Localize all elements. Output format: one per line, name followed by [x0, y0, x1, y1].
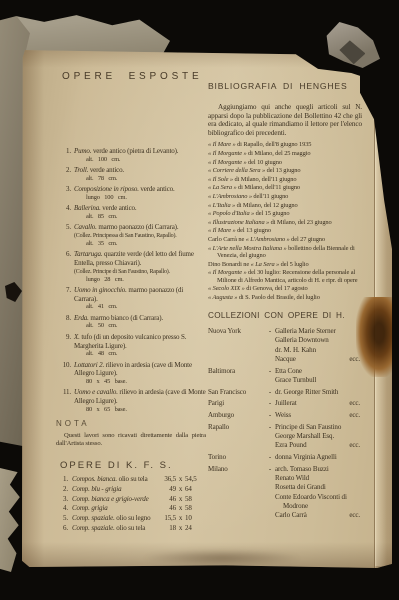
- work-item: 7.Uomo in ginocchio. marmo paonazzo (di …: [56, 286, 206, 311]
- work-first-line: Tartaruga. quarzite verde (del letto del…: [74, 250, 206, 267]
- kfs-size-separator: x: [176, 524, 185, 534]
- work-title: Erda.: [74, 314, 89, 322]
- work-first-line: Erda. marmo bianco (di Carrara).: [74, 314, 206, 323]
- work-first-line: Lottatori 2. rilievo in ardesia (cave di…: [74, 361, 206, 378]
- kfs-item: 3.Comp. bianca e grigio-verde46x58: [56, 495, 206, 505]
- kfs-item: 6.Comp. spaziale. olio su tela18x24: [56, 524, 206, 534]
- work-description: verde antico (pietra di Levanto).: [91, 147, 178, 155]
- collection-etc: ecc.: [357, 441, 360, 450]
- collection-names: Galleria Marie SternerGalleria Downtownd…: [275, 327, 362, 364]
- collection-etc: ecc.: [357, 355, 360, 364]
- kfs-description: 6.Comp. spaziale. olio su tela: [56, 524, 156, 534]
- collection-name: arch. Tomaso Buzzi: [275, 465, 362, 474]
- collection-name: Grace Turnbull: [275, 376, 362, 385]
- kfs-description: 3.Comp. bianca e grigio-verde: [56, 495, 156, 505]
- kfs-item: 1.Compos. bianca. olio su tela36,5x54,5: [56, 475, 206, 485]
- work-number: 4.: [56, 204, 74, 221]
- work-first-line: X. tufo (di un deposito vulcanico presso…: [74, 333, 206, 350]
- collection-names: dr. George Ritter Smith: [275, 388, 362, 397]
- bibliography-entry: « Il Mare » del 13 giugno: [208, 227, 362, 234]
- work-first-line: Cavallo. marmo paonazzo (di Carrara).: [74, 223, 206, 232]
- collection-city: Nuova York: [208, 327, 265, 364]
- work-item: 1.Pumo. verde antico (pietra di Levanto)…: [56, 147, 206, 164]
- collection-dash: -: [265, 411, 275, 420]
- collection-names: donna Virginia Agnelli: [275, 453, 362, 462]
- collection-names: arch. Tomaso BuzziRenato WildRosetta dei…: [275, 465, 362, 520]
- work-number: 1.: [56, 147, 74, 164]
- work-number: 11.: [56, 388, 74, 413]
- work-title: Uomo in ginocchio.: [74, 286, 127, 294]
- kfs-title: Comp. spaziale.: [72, 514, 115, 522]
- kfs-number: 5.: [56, 514, 72, 524]
- collection-names: Etta ConeGrace Turnbull: [275, 367, 362, 385]
- collection-names: Juilleratecc.: [275, 399, 362, 408]
- collection-dash: -: [265, 388, 275, 397]
- work-first-line: Pumo. verde antico (pietra di Levanto).: [74, 147, 206, 156]
- work-detail: lungo 100 cm.: [86, 194, 206, 202]
- collection-row: Milano-arch. Tomaso BuzziRenato WildRose…: [208, 465, 362, 520]
- bibliography-entry: « Il Sole » di Milano, dell'11 giugno: [208, 176, 362, 183]
- work-first-line: Uomo e cavallo. rilievo in ardesia (cave…: [74, 388, 206, 405]
- kfs-number: 6.: [56, 524, 72, 534]
- work-detail: alt. 85 cm.: [86, 213, 206, 221]
- kfs-medium: olio su tela: [115, 524, 146, 532]
- kfs-title: Comp. spaziale.: [72, 524, 115, 532]
- kfs-size-separator: x: [176, 485, 185, 495]
- kfs-size-width: 46: [156, 504, 176, 514]
- collection-etc: ecc.: [357, 411, 360, 420]
- work-description: marmo bianco (di Carrara).: [89, 314, 163, 322]
- work-number: 2.: [56, 166, 74, 183]
- work-item: 9.X. tufo (di un deposito vulcanico pres…: [56, 333, 206, 358]
- work-body: Composizione in riposo. verde antico.lun…: [74, 185, 206, 202]
- collection-name: Weissecc.: [275, 411, 362, 420]
- kfs-title: Comp. blu - grigia: [72, 485, 121, 493]
- collection-city: Amburgo: [208, 411, 265, 420]
- kfs-size-separator: x: [176, 514, 185, 524]
- work-description: verde antico.: [101, 204, 137, 212]
- collection-name: Ezra Poundecc.: [275, 441, 362, 450]
- collection-name: Rosetta dei Grandi: [275, 483, 362, 492]
- brown-stain: [356, 297, 398, 377]
- work-title: Composizione in riposo.: [74, 185, 139, 193]
- collections-list: Nuova York-Galleria Marie SternerGalleri…: [208, 327, 362, 520]
- collection-name: Nacqueecc.: [275, 355, 362, 364]
- kfs-item: 5.Comp. spaziale. olio su legno15,5x10: [56, 514, 206, 524]
- work-item: 5.Cavallo. marmo paonazzo (di Carrara).(…: [56, 223, 206, 248]
- collection-name: Galleria Downtown: [275, 336, 362, 345]
- collections-header: COLLEZIONI CON OPERE DI H.: [208, 311, 362, 320]
- collection-dash: -: [265, 423, 275, 451]
- work-body: X. tufo (di un deposito vulcanico presso…: [74, 333, 206, 358]
- works-list: 1.Pumo. verde antico (pietra di Levanto)…: [56, 147, 206, 414]
- collection-names: Weissecc.: [275, 411, 362, 420]
- work-title: Pumo.: [74, 147, 91, 155]
- work-body: Cavallo. marmo paonazzo (di Carrara).(Co…: [74, 223, 206, 248]
- work-detail: 80 x 65 base.: [86, 406, 206, 414]
- collection-row: Torino-donna Virginia Agnelli: [208, 453, 362, 462]
- kfs-header: OPERE DI K. F. S.: [56, 460, 206, 471]
- kfs-description: 5.Comp. spaziale. olio su legno: [56, 514, 156, 524]
- work-body: Tartaruga. quarzite verde (del letto del…: [74, 250, 206, 283]
- kfs-item: 2.Comp. blu - grigia49x64: [56, 485, 206, 495]
- collection-name: dr. M. H. Kahn: [275, 346, 362, 355]
- collection-row: Baltimora-Etta ConeGrace Turnbull: [208, 367, 362, 385]
- work-first-line: Ballerina. verde antico.: [74, 204, 206, 213]
- kfs-size-height: 58: [185, 504, 206, 514]
- collection-dash: -: [265, 465, 275, 520]
- kfs-size-separator: x: [176, 504, 185, 514]
- left-column-header: OPERE ESPOSTE: [56, 71, 206, 82]
- bibliography-entry: « La Sera » di Milano, dell'11 giugno: [208, 184, 362, 191]
- work-detail: (Collez. Principe di San Faustino, Rapal…: [74, 268, 206, 276]
- collection-name: Juilleratecc.: [275, 399, 362, 408]
- left-column: OPERE ESPOSTE 1.Pumo. verde antico (piet…: [56, 71, 206, 534]
- collection-city: Torino: [208, 453, 265, 462]
- bibliography-entry: « Il Morgante » del 30 luglio: Recension…: [208, 269, 362, 284]
- work-item: 11.Uomo e cavallo. rilievo in ardesia (c…: [56, 388, 206, 413]
- kfs-size: 36,5x54,5: [156, 475, 206, 485]
- bibliography-entry: « Corriere della Sera » del 13 giugno: [208, 167, 362, 174]
- work-number: 3.: [56, 185, 74, 202]
- bibliography-entry: « Augusta » di S. Paolo del Brasile, del…: [208, 294, 362, 301]
- kfs-size-height: 54,5: [185, 475, 206, 485]
- work-item: 3.Composizione in riposo. verde antico.l…: [56, 185, 206, 202]
- kfs-size-height: 58: [185, 495, 206, 505]
- kfs-size: 46x58: [156, 495, 206, 505]
- kfs-number: 4.: [56, 504, 72, 514]
- bibliography-entry: « Secolo XIX » di Genova, del 17 agosto: [208, 285, 362, 292]
- collection-etc: ecc.: [357, 399, 360, 408]
- kfs-description: 2.Comp. blu - grigia: [56, 485, 156, 495]
- torn-paper-top-right: [322, 22, 380, 68]
- collection-city: Rapallo: [208, 423, 265, 451]
- work-body: Uomo in ginocchio. marmo paonazzo (di Ca…: [74, 286, 206, 311]
- kfs-size-separator: x: [176, 475, 185, 485]
- collection-row: Rapallo-Principe di San FaustinoGeorge M…: [208, 423, 362, 451]
- work-item: 4.Ballerina. verde antico.alt. 85 cm.: [56, 204, 206, 221]
- collection-name: Etta Cone: [275, 367, 362, 376]
- collection-name: Conte Edoardo Visconti di Modrone: [275, 493, 362, 511]
- kfs-item: 4.Comp. grigia46x58: [56, 504, 206, 514]
- work-detail: alt. 48 cm.: [86, 350, 206, 358]
- work-detail: alt. 100 cm.: [86, 156, 206, 164]
- collection-name: Galleria Marie Sterner: [275, 327, 362, 336]
- work-detail: lungo 28 cm.: [86, 276, 206, 284]
- work-number: 5.: [56, 223, 74, 248]
- work-title: Cavallo.: [74, 223, 97, 231]
- bibliography-header: BIBLIOGRAFIA DI HENGHES: [208, 81, 362, 91]
- bottom-smudge: [142, 549, 302, 567]
- kfs-title: Compos. bianca.: [72, 475, 117, 483]
- work-body: Pumo. verde antico (pietra di Levanto).a…: [74, 147, 206, 164]
- work-number: 7.: [56, 286, 74, 311]
- work-description: verde antico.: [139, 185, 175, 193]
- collection-dash: -: [265, 453, 275, 462]
- collection-city: Milano: [208, 465, 265, 520]
- kfs-number: 3.: [56, 495, 72, 505]
- collection-city: Baltimora: [208, 367, 265, 385]
- kfs-size: 18x24: [156, 524, 206, 534]
- bibliography-entry: « Illustrazione Italiana » di Milano, de…: [208, 219, 362, 226]
- collection-dash: -: [265, 367, 275, 385]
- kfs-size-width: 18: [156, 524, 176, 534]
- work-detail: alt. 41 cm.: [86, 303, 206, 311]
- work-detail: alt. 35 cm.: [86, 240, 206, 248]
- collection-name: George Marshall Esq.: [275, 432, 362, 441]
- work-body: Uomo e cavallo. rilievo in ardesia (cave…: [74, 388, 206, 413]
- work-first-line: Composizione in riposo. verde antico.: [74, 185, 206, 194]
- work-number: 8.: [56, 314, 74, 331]
- kfs-number: 1.: [56, 475, 72, 485]
- kfs-size-height: 24: [185, 524, 206, 534]
- torn-paper-bottom-left: [0, 468, 22, 572]
- nota-text: Questi lavori sono ricavati direttamente…: [56, 432, 206, 449]
- bibliography-entry: Dino Bonardi ne « La Sera » del 5 luglio: [208, 261, 362, 268]
- work-item: 2.Troll. verde antico.alt. 78 cm.: [56, 166, 206, 183]
- collection-name: donna Virginia Agnelli: [275, 453, 362, 462]
- collection-dash: -: [265, 327, 275, 364]
- collection-name: Principe di San Faustino: [275, 423, 362, 432]
- work-detail: alt. 78 cm.: [86, 175, 206, 183]
- work-body: Lottatori 2. rilievo in ardesia (cave di…: [74, 361, 206, 386]
- collection-name: Carlo Carràecc.: [275, 511, 362, 520]
- collection-row: Nuova York-Galleria Marie SternerGalleri…: [208, 327, 362, 364]
- bibliography-entry: « Il Morgante » di Milano, del 25 maggio: [208, 150, 362, 157]
- bibliography-intro: Aggiungiamo qui anche quegli articoli su…: [208, 103, 362, 137]
- kfs-size-width: 49: [156, 485, 176, 495]
- kfs-description: 4.Comp. grigia: [56, 504, 156, 514]
- kfs-description: 1.Compos. bianca. olio su tela: [56, 475, 156, 485]
- collection-name: Renato Wild: [275, 474, 362, 483]
- kfs-size-width: 36,5: [156, 475, 176, 485]
- work-number: 10.: [56, 361, 74, 386]
- kfs-number: 2.: [56, 485, 72, 495]
- kfs-medium: olio su legno: [115, 514, 151, 522]
- photo-backdrop: OPERE ESPOSTE 1.Pumo. verde antico (piet…: [0, 0, 399, 600]
- kfs-title: Comp. grigia: [72, 504, 108, 512]
- work-body: Troll. verde antico.alt. 78 cm.: [74, 166, 206, 183]
- collection-row: San Francisco-dr. George Ritter Smith: [208, 388, 362, 397]
- kfs-size: 15,5x10: [156, 514, 206, 524]
- bibliography-entry: « Il Morgante » del 10 giugno: [208, 159, 362, 166]
- collection-names: Principe di San FaustinoGeorge Marshall …: [275, 423, 362, 451]
- bibliography-entry: « L'Italia » di Milano, del 12 giugno: [208, 202, 362, 209]
- work-body: Erda. marmo bianco (di Carrara).alt. 50 …: [74, 314, 206, 331]
- work-first-line: Troll. verde antico.: [74, 166, 206, 175]
- bibliography-entry: « L'Arte nella Mostra Italiana » bollett…: [208, 245, 362, 260]
- kfs-medium: olio su tela: [117, 475, 148, 483]
- work-title: Uomo e cavallo.: [74, 388, 118, 396]
- work-detail: 80 x 45 base.: [86, 378, 206, 386]
- kfs-title: Comp. bianca e grigio-verde: [72, 495, 149, 503]
- kfs-size: 49x64: [156, 485, 206, 495]
- collection-row: Amburgo-Weissecc.: [208, 411, 362, 420]
- kfs-size-width: 46: [156, 495, 176, 505]
- collection-etc: ecc.: [357, 511, 360, 520]
- collection-row: Parigi-Juilleratecc.: [208, 399, 362, 408]
- collection-name: dr. George Ritter Smith: [275, 388, 362, 397]
- bibliography-entry: « L'Ambrosiano » dell'11 giugno: [208, 193, 362, 200]
- right-column: BIBLIOGRAFIA DI HENGHES Aggiungiamo qui …: [208, 81, 362, 523]
- work-body: Ballerina. verde antico.alt. 85 cm.: [74, 204, 206, 221]
- kfs-list: 1.Compos. bianca. olio su tela36,5x54,52…: [56, 475, 206, 533]
- kfs-size-width: 15,5: [156, 514, 176, 524]
- bibliography-entry: « Popolo d'Italia » del 15 giugno: [208, 210, 362, 217]
- collection-city: San Francisco: [208, 388, 265, 397]
- kfs-size-separator: x: [176, 495, 185, 505]
- work-detail: (Collez. Principessa di San Faustino, Ra…: [74, 232, 206, 240]
- nota-header: NOTA: [56, 419, 206, 428]
- work-item: 6.Tartaruga. quarzite verde (del letto d…: [56, 250, 206, 283]
- work-detail: alt. 50 cm.: [86, 322, 206, 330]
- bibliography-entry: Carlo Carrà ne « L'Ambrosiano » del 27 g…: [208, 236, 362, 243]
- work-number: 6.: [56, 250, 74, 283]
- book-page: OPERE ESPOSTE 1.Pumo. verde antico (piet…: [22, 47, 392, 568]
- bibliography-list: « Il Mare » di Rapallo, dell'8 giugno 19…: [208, 141, 362, 301]
- kfs-size-height: 64: [185, 485, 206, 495]
- work-description: verde antico.: [88, 166, 124, 174]
- work-title: Tartaruga.: [74, 250, 102, 258]
- work-description: marmo paonazzo (di Carrara).: [97, 223, 179, 231]
- collection-dash: -: [265, 399, 275, 408]
- work-number: 9.: [56, 333, 74, 358]
- kfs-size: 46x58: [156, 504, 206, 514]
- work-description: tufo (di un deposito vulcanico presso S.…: [74, 333, 186, 350]
- work-item: 8.Erda. marmo bianco (di Carrara).alt. 5…: [56, 314, 206, 331]
- work-title: Lottatori 2.: [74, 361, 104, 369]
- work-item: 10.Lottatori 2. rilievo in ardesia (cave…: [56, 361, 206, 386]
- work-first-line: Uomo in ginocchio. marmo paonazzo (di Ca…: [74, 286, 206, 303]
- collection-city: Parigi: [208, 399, 265, 408]
- bibliography-entry: « Il Mare » di Rapallo, dell'8 giugno 19…: [208, 141, 362, 148]
- kfs-size-height: 10: [185, 514, 206, 524]
- work-title: Ballerina.: [74, 204, 101, 212]
- work-title: Troll.: [74, 166, 88, 174]
